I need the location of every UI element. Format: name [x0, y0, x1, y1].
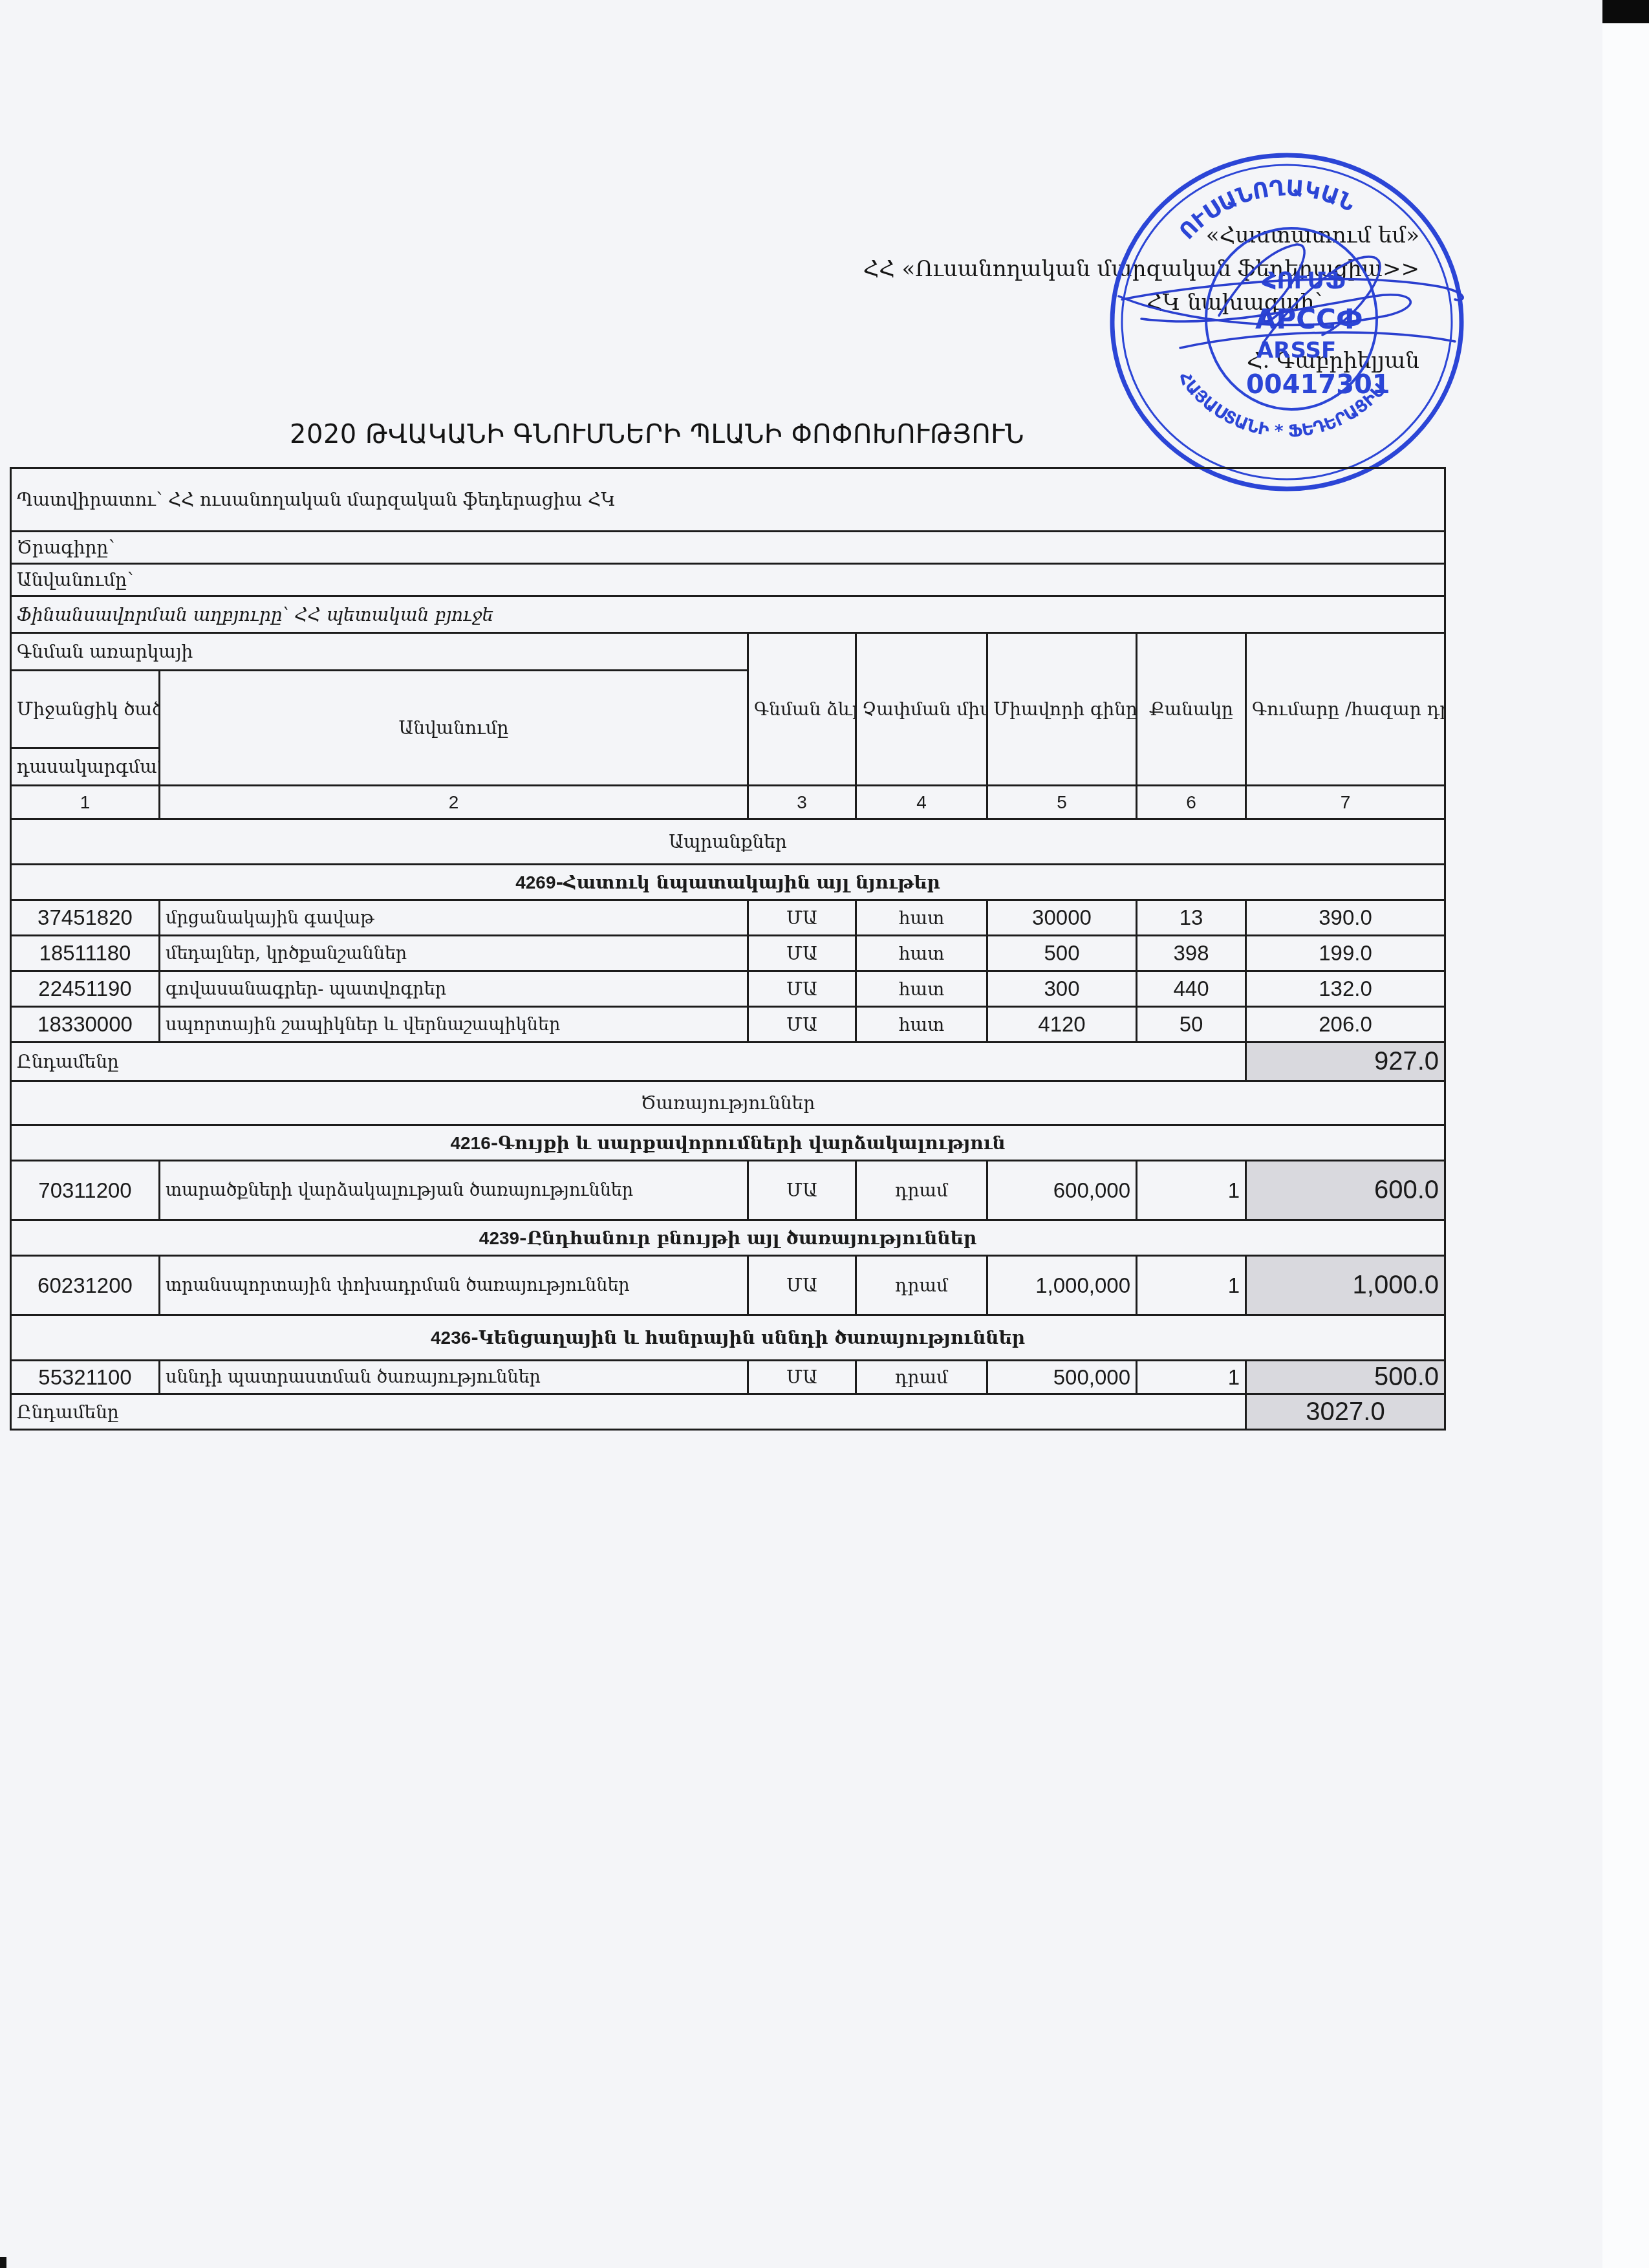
header-method: Գնման ձևը [748, 633, 856, 786]
table-row: 60231200 տրանսպորտային փոխադրման ծառայու… [11, 1256, 1445, 1315]
header-name: Անվանումը [160, 671, 748, 786]
col-number: 1 [11, 786, 160, 819]
subsection-4269: 4269-Հատուկ նպատակային այլ նյութեր [11, 865, 1445, 900]
svg-text:ՀԱՅԱՍՏԱՆԻ * ՖԵԴԵՐԱՑԻԱ: ՀԱՅԱՍՏԱՆԻ * ՖԵԴԵՐԱՑԻԱ [1174, 369, 1391, 442]
procurement-plan-table: Պատվիրատու՝ ՀՀ ուսանողական մարզական ֆեդե… [10, 467, 1446, 1431]
table-row: 22451190 գովասանագրեր- պատվոգրեր ՄԱ հատ … [11, 971, 1445, 1007]
table-row: 70311200 տարածքների վարձակալության ծառայ… [11, 1161, 1445, 1220]
col-number: 5 [987, 786, 1137, 819]
grand-total-row: Ընդամենը 3027.0 [11, 1394, 1445, 1430]
table-row: 18330000 սպորտային շապիկներ և վերնաշապիկ… [11, 1007, 1445, 1042]
scan-corner-mark [0, 2257, 6, 2268]
customer-field: Պատվիրատու՝ ՀՀ ուսանողական մարզական ֆեդե… [11, 468, 1445, 532]
program-field: Ծրագիրը՝ [11, 532, 1445, 564]
approval-organization: ՀՀ «Ուսանողական մարզական ֆեդերացիա>> [863, 252, 1419, 286]
col-number: 4 [856, 786, 987, 819]
section-goods: Ապրանքներ [11, 819, 1445, 865]
subsection-4236: 4236-Կենցաղային և հանրային սննդի ծառայու… [11, 1315, 1445, 1361]
table-row: 55321100 սննդի պատրաստման ծառայություննե… [11, 1361, 1445, 1394]
document-title: 2020 ԹՎԱԿԱՆԻ ԳՆՈՒՄՆԵՐԻ ՊԼԱՆԻ ՓՈՓՈԽՈՒԹՅՈՒ… [290, 420, 1024, 449]
header-classification: դասակարգման [11, 748, 160, 786]
col-number: 3 [748, 786, 856, 819]
scan-edge-strip [1602, 23, 1649, 2268]
col-number: 2 [160, 786, 748, 819]
grand-total-label: Ընդամենը [11, 1394, 1246, 1430]
goods-total-row: Ընդամենը 927.0 [11, 1042, 1445, 1081]
goods-total-value: 927.0 [1246, 1042, 1445, 1081]
subsection-4239: 4239-Ընդհանուր բնույթի այլ ծառայությունն… [11, 1220, 1445, 1256]
header-unit: Չափման միավորը [856, 633, 987, 786]
funding-source-field: Ֆինանսավորման աղբյուրը՝ ՀՀ պետական բյուջ… [11, 596, 1445, 633]
goods-total-label: Ընդամենը [11, 1042, 1246, 1081]
header-cpv-code: Միջանցիկ ծածկագիրը՝ ըստ ԳՄԱ [11, 671, 160, 748]
approval-block: «Հաստատում եմ» ՀՀ «Ուսանողական մարզական … [863, 219, 1419, 378]
scan-edge-mark [1602, 0, 1649, 23]
subsection-4216: 4216-Գույքի և սարքավորումների վարձակալու… [11, 1125, 1445, 1161]
table-row: 18511180 մեդալներ, կրծքանշաններ ՄԱ հատ 5… [11, 936, 1445, 971]
col-number: 7 [1246, 786, 1445, 819]
approval-heading: «Հաստատում եմ» [863, 219, 1419, 252]
grand-total-value: 3027.0 [1246, 1394, 1445, 1430]
section-services: Ծառայություններ [11, 1081, 1445, 1125]
table-row: 37451820 մրցանակային գավաթ ՄԱ հատ 30000 … [11, 900, 1445, 936]
name-field: Անվանումը՝ [11, 564, 1445, 596]
header-quantity: Քանակը [1137, 633, 1246, 786]
header-unit-price: Միավորի գինը [987, 633, 1137, 786]
approval-signer: Հ. Գաբրիելյան [863, 344, 1419, 378]
header-amount: Գումարը /հազար դրամ/ [1246, 633, 1445, 786]
approval-position: ՀԿ նախագահ՝ [863, 286, 1419, 319]
col-number: 6 [1137, 786, 1246, 819]
header-subject: Գնման առարկայի [11, 633, 748, 671]
